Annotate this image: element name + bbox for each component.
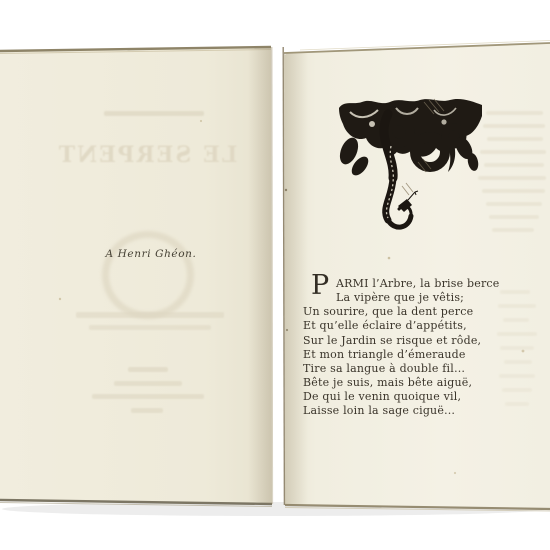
dedication-text: A Henri Ghéon. [88,248,214,261]
showthrough-line [499,374,535,378]
showthrough-line [502,388,532,392]
showthrough-line [497,332,537,336]
showthrough-line [478,176,546,180]
showthrough-line [89,325,211,330]
showthrough-line [504,360,532,364]
poem-line: ARMI l’Arbre, la brise berce [336,277,499,290]
showthrough-line [483,124,545,128]
showthrough-line [500,346,534,350]
showthrough-ornament-ring [102,231,194,319]
showthrough-line [503,318,529,322]
poem-line: De qui le venin quoique vil, [303,390,461,403]
poem-line: Tire sa langue à double fil… [303,362,465,375]
showthrough-imprint-line [92,394,204,399]
poem-dropcap: P [311,272,329,299]
showthrough-line [489,215,539,219]
poem-line: Un sourire, que la dent perce [303,305,473,318]
showthrough-imprint-line [128,367,168,372]
showthrough-title-mirrored: LE SERPENT [48,142,246,168]
showthrough-line [484,163,544,167]
showthrough-imprint-line [114,381,182,386]
poem-line: La vipère que je vêtis; [336,291,464,304]
open-book-photo: LE SERPENT [0,0,550,550]
poem-line: Et mon triangle d’émeraude [303,348,466,361]
showthrough-line [480,150,546,154]
showthrough-line [482,189,545,193]
book-pages-backdrop [0,0,550,550]
showthrough-line [486,111,543,115]
showthrough-line [505,402,529,406]
showthrough-line [492,228,534,232]
poem-line: Laisse loin la sage ciguë… [303,404,455,417]
poem-line: Bête je suis, mais bête aiguë, [303,376,472,389]
showthrough-imprint-line [131,408,163,413]
showthrough-line [498,304,536,308]
showthrough-line [500,290,530,294]
showthrough-line [76,312,224,318]
showthrough-line [486,202,542,206]
showthrough-line [487,137,543,141]
poem-line: Et qu’elle éclaire d’appétits, [303,319,467,332]
showthrough-line [104,111,204,116]
poem-line: Sur le Jardin se risque et rôde, [303,334,481,347]
serpent-woodcut-engraving [336,96,486,236]
